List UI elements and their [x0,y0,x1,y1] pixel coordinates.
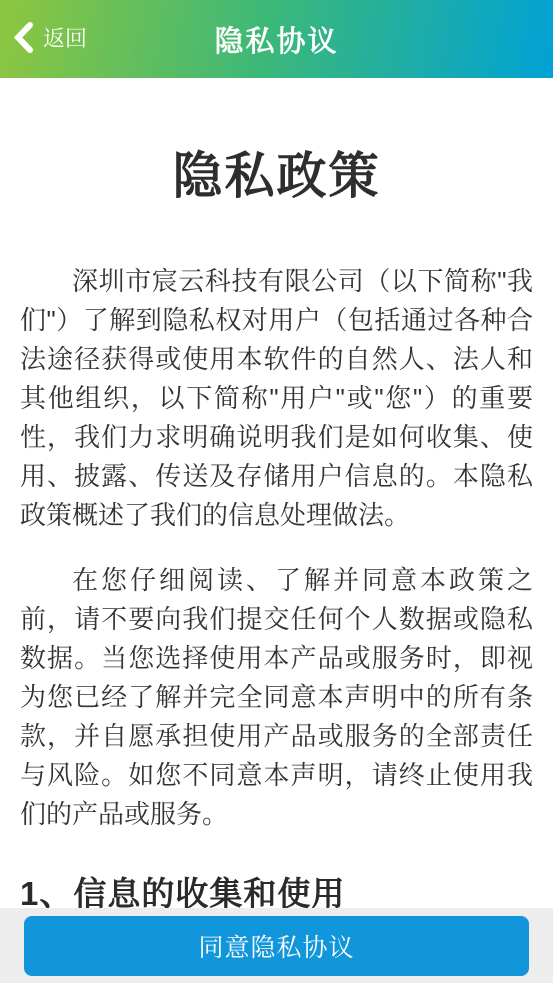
agree-privacy-button[interactable]: 同意隐私协议 [24,916,529,976]
content-scroll-area[interactable]: 隐私政策 深圳市宸云科技有限公司（以下简称"我们"）了解到隐私权对用户（包括通过… [0,78,553,983]
document-title: 隐私政策 [20,148,533,206]
privacy-policy-screen: 返回 隐私协议 隐私政策 深圳市宸云科技有限公司（以下简称"我们"）了解到隐私权… [0,0,553,983]
policy-paragraph: 深圳市宸云科技有限公司（以下简称"我们"）了解到隐私权对用户（包括通过各种合法途… [20,262,533,535]
navbar: 返回 隐私协议 [0,0,553,78]
chevron-left-icon [13,22,34,56]
bottom-action-bar: 同意隐私协议 [0,908,553,983]
navbar-title: 隐私协议 [214,19,338,60]
policy-paragraph: 在您仔细阅读、了解并同意本政策之前，请不要向我们提交任何个人数据或隐私数据。当您… [20,561,533,834]
back-button[interactable]: 返回 [13,0,87,78]
back-button-label: 返回 [43,28,87,50]
